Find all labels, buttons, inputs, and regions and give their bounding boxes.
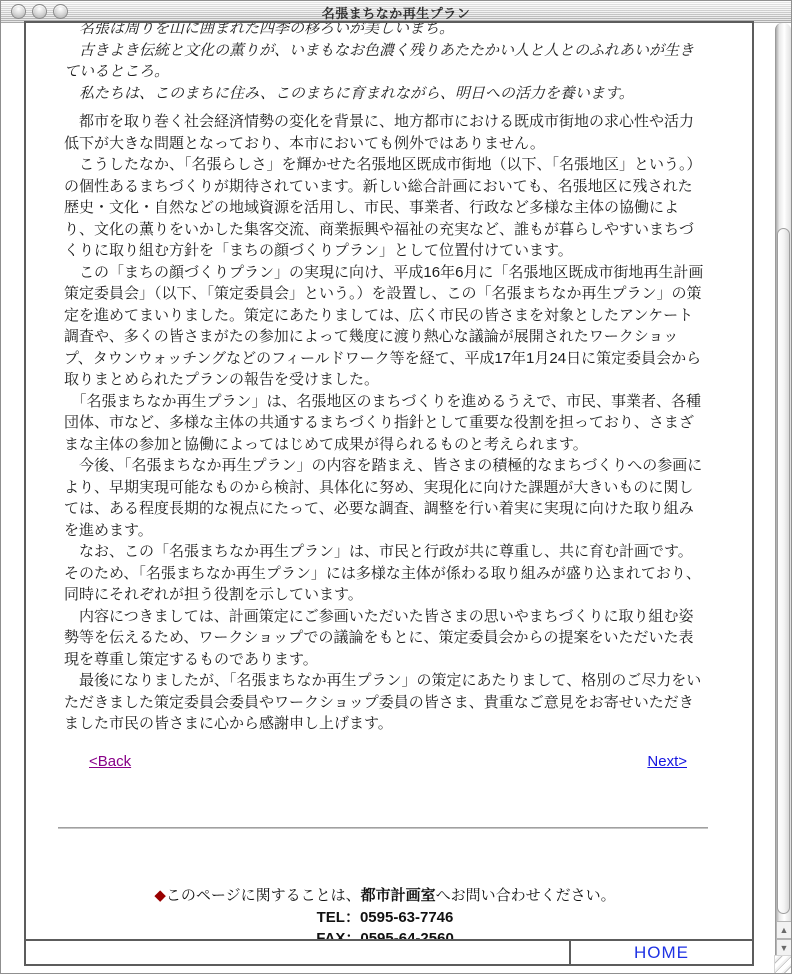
paragraph: 「名張まちなか再生プラン」は、名張地区のまちづくりを進めるうえで、市民、事業者、… <box>64 391 706 456</box>
window-controls <box>11 4 68 19</box>
tel-line: TEL：0595-63-7746 <box>64 907 706 929</box>
footer-divider <box>58 827 708 829</box>
paragraph: 今後、「名張まちなか再生プラン」の内容を踏まえ、皆さまの積極的なまちづくりへの参… <box>64 455 706 541</box>
window-title: 名張まちなか再生プラン <box>322 3 471 22</box>
zoom-button[interactable] <box>53 4 68 19</box>
vertical-scrollbar[interactable]: ▲ ▼ <box>775 23 791 957</box>
paragraph: 内容につきましては、計画策定にご参画いただいた皆さまの思いやまちづくりに取り組む… <box>64 606 706 671</box>
close-button[interactable] <box>11 4 26 19</box>
scroll-up-icon: ▲ <box>780 926 789 935</box>
intro-poem: 名張は周りを山に囲まれた四季の移ろいが美しいまち。 古きよき伝統と文化の薫りが、… <box>64 21 706 104</box>
contact-suffix: へお問い合わせください。 <box>436 887 616 904</box>
next-link[interactable]: Next> <box>647 751 687 773</box>
body-text: 都市を取り巻く社会経済情勢の変化を背景に、地方都市における既成市街地の求心性や活… <box>64 111 706 735</box>
paragraph: この「まちの顔づくりプラン」の実現に向け、平成16年6月に「名張地区既成市街地再… <box>64 262 706 391</box>
contact-line: ◆このページに関することは、都市計画室へお問い合わせください。 <box>64 885 706 907</box>
paragraph: 都市を取り巻く社会経済情勢の変化を背景に、地方都市における既成市街地の求心性や活… <box>64 111 706 154</box>
minimize-button[interactable] <box>32 4 47 19</box>
contact-block: ◆このページに関することは、都市計画室へお問い合わせください。 TEL：0595… <box>64 885 706 941</box>
pagination-row: <Back Next> <box>64 751 706 773</box>
scroll-down-icon: ▼ <box>780 944 789 953</box>
intro-line: 古きよき伝統と文化の薫りが、いまもなお色濃く残りあたたかい人と人とのふれあいが生… <box>64 40 706 83</box>
contact-department: 都市計画室 <box>361 887 436 904</box>
bottom-bar-home-cell: HOME <box>571 941 752 964</box>
intro-line: 名張は周りを山に囲まれた四季の移ろいが美しいまち。 <box>64 21 706 40</box>
back-link[interactable]: <Back <box>89 751 131 773</box>
diamond-icon: ◆ <box>154 887 166 904</box>
paragraph: なお、この「名張まちなか再生プラン」は、市民と行政が共に尊重し、共に育む計画です… <box>64 541 706 606</box>
intro-line: 私たちは、このまちに住み、このまちに育まれながら、明日への活力を養います。 <box>64 83 706 105</box>
scroll-up-button[interactable]: ▲ <box>776 921 792 939</box>
scrollbar-thumb[interactable] <box>777 228 790 914</box>
contact-prefix: このページに関することは、 <box>166 887 361 904</box>
bottom-bar-spacer <box>26 941 571 964</box>
home-link[interactable]: HOME <box>634 943 689 963</box>
resize-grip-icon[interactable] <box>774 955 791 973</box>
paragraph: 最後になりましたが、「名張まちなか再生プラン」の策定にあたりまして、格別のご尽力… <box>64 670 706 735</box>
page-content-cell: 名張は周りを山に囲まれた四季の移ろいが美しいまち。 古きよき伝統と文化の薫りが、… <box>24 21 754 941</box>
fax-line: FAX：0595-64-2560 <box>64 928 706 941</box>
browser-window: 名張まちなか再生プラン 名張は周りを山に囲まれた四季の移ろいが美しいまち。 古き… <box>0 0 792 974</box>
page-viewport: 名張は周りを山に囲まれた四季の移ろいが美しいまち。 古きよき伝統と文化の薫りが、… <box>1 23 791 973</box>
bottom-bar: HOME <box>24 941 754 966</box>
paragraph: こうしたなか、「名張らしさ」を輝かせた名張地区既成市街地（以下、「名張地区」とい… <box>64 154 706 262</box>
